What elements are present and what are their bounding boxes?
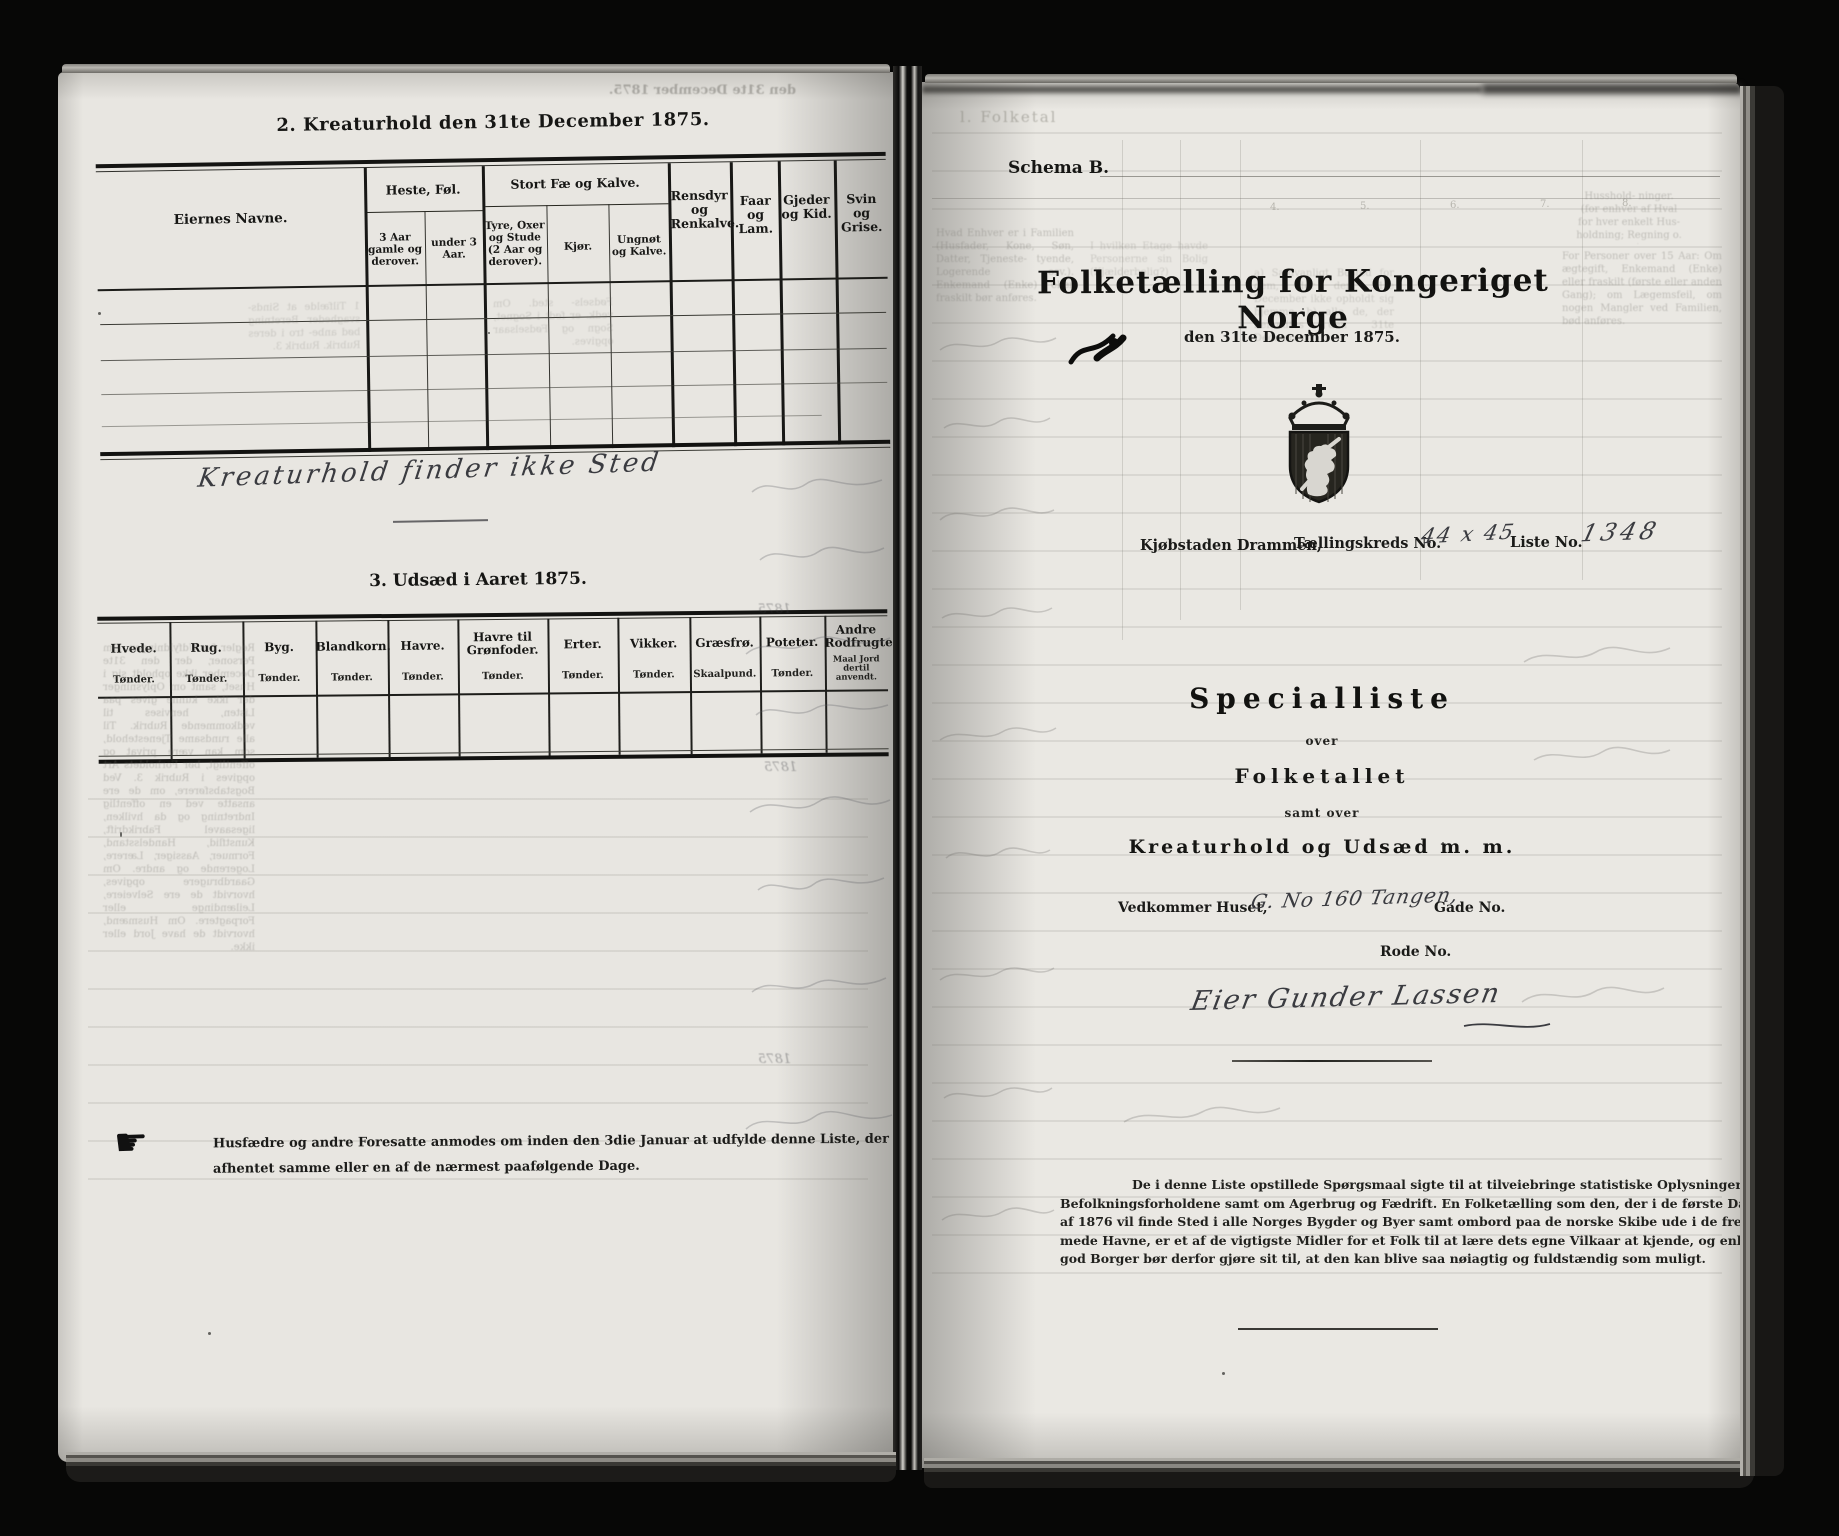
bleedthrough-print: Husshold- ninger. (for enhver af Hval fo… (1574, 190, 1684, 244)
col-svin-grise: Svin og Grise. (836, 192, 887, 235)
page-edge (924, 1458, 1754, 1488)
district-value-handwritten: 44 x 45 (1419, 520, 1517, 549)
col-erter: Erter. (548, 638, 618, 652)
pointing-hand-icon: ☛ (113, 1119, 149, 1164)
subtitle-kreaturhold: Kreaturhold og Udsæd m. m. (1062, 836, 1582, 858)
instructions-paragraph: De i denne Liste opstillede Spørgsmaal s… (1060, 1176, 1710, 1269)
rode-label: Rode No. (1380, 944, 1451, 960)
bleedthrough-handwriting (752, 697, 892, 727)
col-blandkorn: Blandkorn. (316, 640, 388, 654)
bleedthrough-digits: 6. (1450, 200, 1460, 211)
scan-speck (1302, 308, 1304, 310)
ink-mark (1067, 328, 1127, 370)
col-heste-under3: under 3 Aar. (425, 236, 483, 261)
bleedthrough-print: Fødsels- sted. Om vedk. er født i Sognet… (493, 296, 615, 428)
scan-speck (120, 832, 122, 837)
bleedthrough-handwriting (748, 792, 893, 822)
col-rensdyr: Rensdyr og Renkalve. (670, 188, 729, 231)
col-gjeder-kid: Gjeder og Kid. (780, 193, 832, 222)
separator-rule (1232, 1060, 1432, 1062)
left-page: den 31te December 1875. 2. Kreaturhold d… (58, 72, 893, 1462)
col-poteter-unit: Tønder. (760, 668, 825, 680)
bleedthrough-handwriting (938, 1202, 1056, 1228)
section3-title: 3. Udsæd i Aaret 1875. (328, 568, 628, 591)
paragraph-line: af 1876 vil finde Sted i alle Norges Byg… (1060, 1213, 1710, 1232)
table-row (102, 415, 822, 427)
bleedthrough-year: 1875 (758, 1052, 791, 1067)
colgroup-heste: Heste, Føl. (364, 182, 482, 198)
right-page: l. Folketal Schema B. 4. 5. 6. 7. 8. Hva… (922, 82, 1740, 1468)
col-havre-unit: Tønder. (388, 671, 458, 683)
bleedthrough-handwriting (1122, 1102, 1282, 1130)
bleedthrough-handwriting (1518, 982, 1668, 1010)
bleedthrough-handwriting (942, 842, 1052, 868)
col-tyre-oxer: Tyre, Oxer og Stude (2 Aar og derover). (485, 219, 546, 268)
col-ungnot: Ungnøt og Kalve. (611, 233, 667, 258)
bleedthrough-handwriting (1522, 642, 1672, 670)
page-edge (66, 1452, 896, 1482)
col-kjor: Kjør. (549, 240, 607, 253)
col-heste-3aar: 3 Aar gamle og derover. (367, 231, 424, 268)
scan-speck (1442, 842, 1444, 844)
book-gutter (893, 66, 922, 1470)
bleedthrough-handwriting (1532, 742, 1672, 770)
faint-header: l. Folketal (960, 108, 1140, 126)
house-label: Vedkommer Huset, (1118, 900, 1268, 916)
colgroup-stortfae: Stort Fæ og Kalve. (482, 175, 668, 192)
signature-flourish (1462, 1018, 1552, 1036)
section2-title: 2. Kreaturhold den 31te December 1875. (258, 109, 728, 137)
col-havre-gronfoder: Havre til Grønfoder. (457, 630, 547, 657)
bleedthrough-digits: 7. (1540, 199, 1550, 210)
bleedthrough-handwriting (942, 1082, 1054, 1108)
bleedthrough-handwriting (938, 962, 1056, 988)
bleedthrough-print: 1 Tilfælde at Sinds- svagheder Beretning… (248, 300, 362, 442)
col-blandkorn-unit: Tønder. (316, 672, 388, 684)
subtitle-folketallet: Folketallet (1122, 764, 1522, 788)
col-erter-unit: Tønder. (548, 670, 618, 682)
paragraph-line: Befolkningsforholdene samt om Agerbrug o… (1060, 1195, 1710, 1214)
subtitle-main: Specialliste (1122, 682, 1522, 715)
subtitle-samt-over: samt over (1122, 806, 1522, 820)
scan-speck (98, 312, 101, 315)
date-line: den 31te December 1875. (1162, 328, 1422, 346)
col-havre: Havre. (388, 639, 458, 653)
scan-speck (1222, 1372, 1225, 1375)
bleedthrough-digits: 5. (1360, 201, 1370, 212)
paragraph-line: De i denne Liste opstillede Spørgsmaal s… (1060, 1176, 1710, 1195)
bleedthrough-handwriting (748, 972, 888, 1002)
col-vikker-unit: Tønder. (618, 669, 690, 681)
bleedthrough-year: 1875 (764, 760, 797, 775)
bleedthrough-digits: 4. (1270, 202, 1280, 213)
bleedthrough-handwriting (744, 632, 894, 662)
gade-label: Gade No. (1434, 900, 1505, 916)
col-graesfro-unit: Skaalpund. (690, 668, 760, 680)
bleedthrough-handwriting (936, 502, 1056, 528)
page-edge (925, 74, 1737, 83)
schema-label: Schema B. (1008, 158, 1109, 178)
list-value-handwritten: 1348 (1578, 517, 1663, 548)
paragraph-line: god Borger bør derfor gjøre sit til, at … (1060, 1250, 1710, 1269)
scan-smudge (1482, 84, 1742, 94)
scan-speck (488, 332, 490, 334)
kreaturhold-table: Eiernes Navne. Heste, Føl. 3 Aar gamle o… (96, 152, 891, 464)
bleedthrough-handwriting (748, 472, 888, 502)
paragraph-line: mede Havne, er et af de vigtigste Midler… (1060, 1232, 1710, 1251)
bleedthrough-handwriting (758, 542, 888, 572)
col-eiernes-navne: Eiernes Navne. (96, 210, 364, 228)
bleedthrough-handwriting (756, 872, 886, 902)
col-havre-gronfoder-unit: Tønder. (458, 670, 548, 682)
bleedthrough-handwriting (942, 412, 1052, 438)
scan-speck (208, 1332, 211, 1335)
col-vikker: Vikker. (618, 637, 690, 651)
bleedthrough-print-column: Regler for Udfyldningen. Om Personer, de… (103, 642, 255, 1182)
bleedthrough-date: den 31te December 1875. (586, 84, 796, 97)
subtitle-over: over (1122, 734, 1522, 748)
scan-smudge (922, 86, 1482, 93)
page-title: Folketælling for Kongeriget Norge (1018, 263, 1568, 338)
bleedthrough-handwriting (938, 332, 1058, 358)
schema-rule (1100, 176, 1720, 177)
list-label: Liste No. (1510, 534, 1583, 551)
bottom-rule (1238, 1328, 1438, 1330)
handwritten-underline (393, 519, 488, 523)
bleedthrough-handwriting (938, 722, 1058, 748)
page-edge (1740, 86, 1784, 1476)
bleedthrough-line (1420, 140, 1421, 580)
page-edge (62, 64, 890, 73)
bleedthrough-handwriting (940, 602, 1055, 628)
norwegian-coat-of-arms-icon (1280, 382, 1358, 506)
bleedthrough-year: 1875 (758, 602, 791, 617)
